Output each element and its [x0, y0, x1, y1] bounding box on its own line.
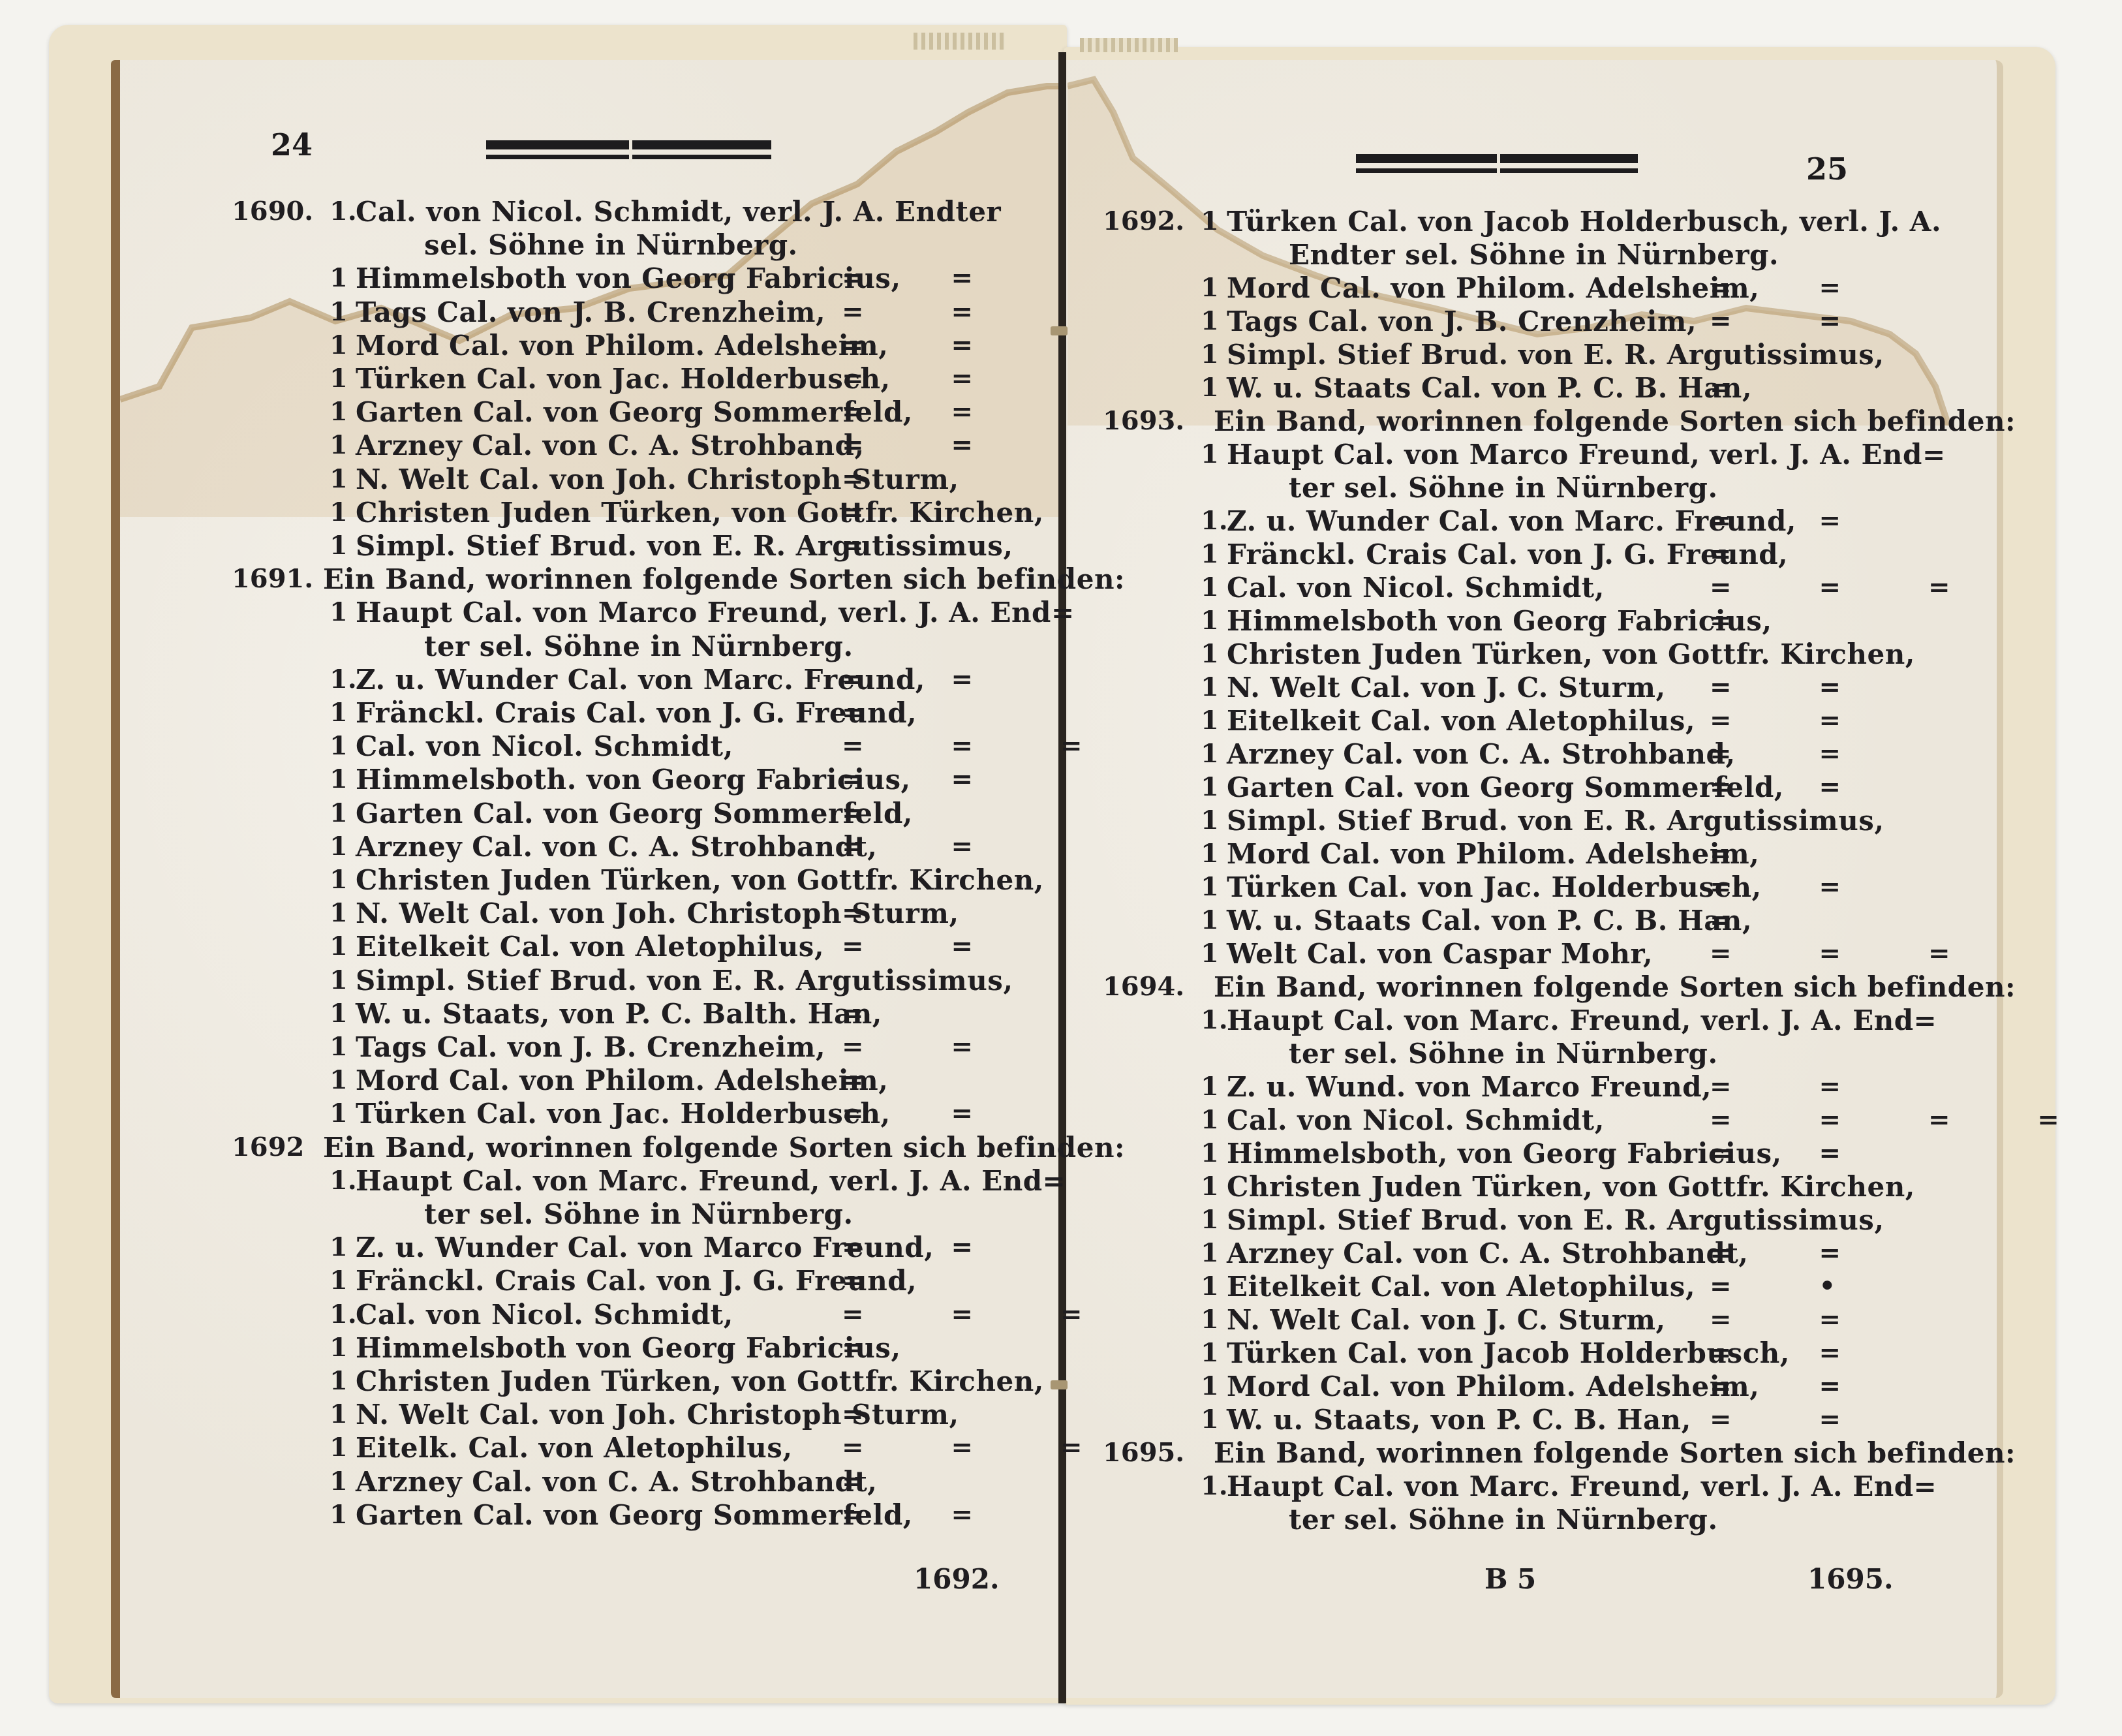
entry-quantity: 1	[1201, 1271, 1219, 1301]
entry-quantity: 1.	[330, 1165, 357, 1196]
entry-quantity: 1	[330, 965, 348, 995]
calendar-entry: W. u. Staats Cal. von P. C. B. Han,	[1227, 905, 1752, 937]
entry-quantity: 1	[330, 1098, 348, 1128]
entry-quantity: 1	[330, 463, 348, 494]
entry-quantity: 1	[330, 1499, 348, 1530]
calendar-entry: Himmelsboth von Georg Fabricius,	[1227, 605, 1772, 637]
calendar-entry: Fränckl. Crais Cal. von J. G. Freund,	[1227, 538, 1788, 570]
calendar-entry: Christen Juden Türken, von Gottfr. Kirch…	[1227, 638, 1915, 670]
entry-quantity: 1	[1201, 938, 1219, 969]
entry-quantity: 1	[330, 831, 348, 861]
calendar-entry: ter sel. Söhne in Nürnberg.	[424, 1198, 853, 1230]
calendar-entry: Türken Cal. von Jac. Holderbusch,	[1227, 871, 1762, 903]
calendar-entry: Arzney Cal. von C. A. Strohbandt,	[1227, 1237, 1748, 1269]
calendar-entry: W. u. Staats, von P. C. B. Han,	[1227, 1404, 1691, 1436]
volume-heading: Ein Band, worinnen folgende Sorten sich …	[323, 563, 1125, 595]
calendar-entry: ter sel. Söhne in Nürnberg.	[1289, 1038, 1718, 1070]
calendar-entry: Simpl. Stief Brud. von E. R. Argutissimu…	[1227, 805, 1884, 837]
calendar-entry: Himmelsboth, von Georg Fabricius,	[1227, 1138, 1782, 1170]
entry-quantity: 1	[330, 1031, 348, 1062]
entry-quantity: 1	[1201, 1204, 1219, 1235]
header-rule-right	[1356, 154, 1638, 178]
entry-quantity: 1.	[1201, 1004, 1228, 1035]
ditto-marks: = =	[1710, 1404, 1880, 1434]
entry-quantity: 1	[1201, 1171, 1219, 1201]
entry-quantity: 1.	[1201, 505, 1228, 536]
calendar-entry: Simpl. Stief Brud. von E. R. Argutissimu…	[356, 965, 1013, 997]
entry-quantity: 1	[330, 330, 348, 360]
ditto-marks: = =	[1710, 705, 1880, 736]
ditto-marks: =	[1710, 538, 1771, 569]
entry-quantity: 1	[1201, 206, 1219, 236]
ditto-marks: = =	[1710, 1304, 1880, 1335]
ditto-marks: = = =	[842, 1432, 1121, 1463]
entry-quantity: 1	[1201, 738, 1219, 769]
binding-thread-left	[914, 33, 1005, 50]
ditto-marks: = =	[842, 664, 1012, 694]
entry-quantity: 1	[330, 864, 348, 895]
ditto-marks: =	[1710, 605, 1771, 636]
calendar-entry: ter sel. Söhne in Nürnberg.	[1289, 472, 1718, 504]
calendar-entry: Mord Cal. von Philom. Adelsheim,	[1227, 1371, 1759, 1403]
entry-quantity: 1	[330, 798, 348, 828]
entry-quantity: 1	[330, 1432, 348, 1463]
ditto-marks: =	[842, 1064, 903, 1095]
entry-quantity: 1	[1201, 771, 1219, 802]
ditto-marks: = =	[1710, 1337, 1880, 1368]
calendar-entry: Tags Cal. von J. B. Crenzheim,	[356, 296, 825, 328]
calendar-entry: Christen Juden Türken, von Gottfr. Kirch…	[1227, 1171, 1915, 1203]
calendar-entry: Haupt Cal. von Marco Freund, verl. J. A.…	[1227, 439, 1946, 471]
calendar-entry: Christen Juden Türken, von Gottfr. Kirch…	[356, 1365, 1044, 1397]
entry-quantity: 1	[330, 730, 348, 761]
ditto-marks: = = =	[1710, 938, 1989, 969]
entry-quantity: 1	[1201, 905, 1219, 935]
entry-year: 1694.	[1103, 971, 1184, 1002]
entry-quantity: 1	[1201, 705, 1219, 736]
ditto-marks: =	[1710, 905, 1771, 935]
calendar-entry: Cal. von Nicol. Schmidt,	[356, 730, 733, 762]
entry-quantity: 1	[330, 764, 348, 794]
entry-year: 1691.	[232, 563, 313, 594]
ditto-marks: =	[842, 798, 903, 828]
entry-quantity: 1	[330, 998, 348, 1029]
entry-quantity: 1	[330, 262, 348, 293]
entry-quantity: 1	[330, 497, 348, 527]
ditto-marks: = =	[1710, 305, 1880, 336]
ditto-marks: = =	[842, 764, 1012, 794]
ditto-marks: = =	[1710, 1138, 1880, 1168]
entry-quantity: 1	[330, 530, 348, 561]
calendar-entry: ter sel. Söhne in Nürnberg.	[424, 630, 853, 662]
entry-quantity: 1	[1201, 1071, 1219, 1102]
entry-quantity: 1	[1201, 638, 1219, 669]
ditto-marks: = =	[842, 1098, 1012, 1128]
calendar-entry: Welt Cal. von Caspar Mohr,	[1227, 938, 1653, 970]
calendar-entry: Türken Cal. von Jac. Holderbusch,	[356, 363, 891, 395]
entry-year: 1692	[232, 1132, 304, 1162]
calendar-entry: Tags Cal. von J. B. Crenzheim,	[1227, 305, 1697, 337]
calendar-entry: Christen Juden Türken, von Gottfr. Kirch…	[356, 864, 1044, 896]
calendar-entry: Himmelsboth. von Georg Fabricius,	[356, 764, 911, 796]
calendar-entry: N. Welt Cal. von J. C. Sturm,	[1227, 672, 1666, 704]
entry-quantity: 1	[330, 697, 348, 728]
calendar-entry: Türken Cal. von Jacob Holderbusch,	[1227, 1337, 1790, 1369]
entry-quantity: 1	[1201, 1404, 1219, 1434]
entry-quantity: 1	[1201, 439, 1219, 469]
entry-quantity: 1	[330, 296, 348, 327]
entry-quantity: 1.	[330, 196, 357, 226]
entry-quantity: 1	[1201, 305, 1219, 336]
entry-quantity: 1	[330, 1064, 348, 1095]
ditto-marks: = = =	[1710, 572, 1989, 602]
calendar-entry: Z. u. Wunder Cal. von Marc. Freund,	[356, 664, 925, 696]
ditto-marks: = =	[1710, 1237, 1880, 1268]
calendar-entry: Mord Cal. von Philom. Adelsheim,	[1227, 838, 1759, 870]
entry-quantity: 1	[330, 396, 348, 427]
ditto-marks: =	[842, 530, 903, 561]
entry-quantity: 1	[330, 597, 348, 627]
ditto-marks: =	[842, 463, 903, 494]
calendar-entry: Haupt Cal. von Marc. Freund, verl. J. A.…	[1227, 1470, 1937, 1502]
catchword-left: 1692.	[914, 1563, 1000, 1595]
ditto-marks: =	[842, 697, 903, 728]
entry-quantity: 1	[1201, 672, 1219, 702]
entry-quantity: 1	[330, 1332, 348, 1363]
volume-heading: Ein Band, worinnen folgende Sorten sich …	[1214, 405, 2016, 437]
entry-quantity: 1	[1201, 538, 1219, 569]
entry-quantity: 1	[330, 363, 348, 394]
ditto-marks: = =	[1710, 738, 1880, 769]
ditto-marks: = =	[842, 330, 1012, 360]
calendar-entry: Tags Cal. von J. B. Crenzheim,	[356, 1031, 825, 1063]
ditto-marks: = =	[1710, 871, 1880, 902]
ditto-marks: =	[842, 998, 903, 1029]
calendar-entry: Eitelkeit Cal. von Aletophilus,	[1227, 1271, 1695, 1303]
entry-year: 1692.	[1103, 206, 1184, 236]
calendar-entry: Z. u. Wund. von Marco Freund,	[1227, 1071, 1712, 1103]
entry-quantity: 1	[1201, 1237, 1219, 1268]
ditto-marks: =	[1710, 838, 1771, 869]
calendar-entry: Garten Cal. von Georg Sommerfeld,	[1227, 771, 1784, 803]
calendar-entry: Arzney Cal. von C. A. Strohband,	[356, 429, 865, 461]
ditto-marks: = =	[842, 931, 1012, 961]
ditto-marks: = =	[842, 429, 1012, 460]
ditto-marks: = = = =	[1710, 1104, 2099, 1135]
stitch-top	[1051, 326, 1068, 335]
calendar-entry: Fränckl. Crais Cal. von J. G. Freund,	[356, 697, 917, 729]
signature-mark: B 5	[1484, 1563, 1536, 1595]
calendar-entry: Himmelsboth von Georg Fabricius,	[356, 262, 901, 294]
entry-quantity: 1	[1201, 272, 1219, 303]
calendar-entry: Cal. von Nicol. Schmidt,	[1227, 1104, 1605, 1136]
ditto-marks: = =	[842, 363, 1012, 394]
entry-quantity: 1.	[330, 664, 357, 694]
entry-quantity: 1	[330, 1466, 348, 1496]
page-number-right: 25	[1806, 151, 1848, 187]
entry-quantity: 1	[1201, 805, 1219, 835]
calendar-entry: ter sel. Söhne in Nürnberg.	[1289, 1504, 1718, 1536]
calendar-entry: N. Welt Cal. von J. C. Sturm,	[1227, 1304, 1666, 1336]
calendar-entry: Eitelkeit Cal. von Aletophilus,	[356, 931, 824, 963]
calendar-entry: Cal. von Nicol. Schmidt,	[1227, 572, 1605, 604]
ditto-marks: = =	[1710, 272, 1880, 303]
calendar-entry: Garten Cal. von Georg Sommerfeld,	[356, 798, 913, 829]
entry-quantity: 1	[1201, 1104, 1219, 1135]
entry-quantity: 1	[330, 1365, 348, 1396]
calendar-entry: Garten Cal. von Georg Sommerfeld,	[356, 1499, 913, 1531]
calendar-entry: Mord Cal. von Philom. Adelsheim,	[356, 330, 888, 362]
calendar-entry: Haupt Cal. von Marc. Freund, verl. J. A.…	[1227, 1004, 1937, 1036]
entry-quantity: 1	[1201, 1304, 1219, 1335]
entry-quantity: 1	[1201, 605, 1219, 636]
ditto-marks: =	[1710, 372, 1771, 403]
calendar-entry: Simpl. Stief Brud. von E. R. Argutissimu…	[1227, 339, 1884, 371]
entry-quantity: 1.	[1201, 1470, 1228, 1501]
ditto-marks: =	[842, 1399, 903, 1429]
entry-year: 1693.	[1103, 405, 1184, 436]
entry-quantity: 1	[330, 1265, 348, 1295]
calendar-entry: Simpl. Stief Brud. von E. R. Argutissimu…	[1227, 1204, 1884, 1236]
entry-year: 1690.	[232, 196, 313, 226]
entry-quantity: 1	[1201, 871, 1219, 902]
ditto-marks: = =	[1710, 672, 1880, 702]
calendar-entry: Simpl. Stief Brud. von E. R. Argutissimu…	[356, 530, 1013, 562]
stitch-bottom	[1051, 1380, 1068, 1389]
ditto-marks: =	[842, 1332, 903, 1363]
entry-quantity: 1	[1201, 1337, 1219, 1368]
calendar-entry: Cal. von Nicol. Schmidt,	[356, 1299, 733, 1331]
calendar-entry: W. u. Staats Cal. von P. C. B. Han,	[1227, 372, 1752, 404]
entry-quantity: 1	[330, 1399, 348, 1429]
calendar-entry: Eitelk. Cal. von Aletophilus,	[356, 1432, 793, 1464]
calendar-entry: Haupt Cal. von Marco Freund, verl. J. A.…	[356, 597, 1075, 628]
ditto-marks: = = =	[842, 730, 1121, 761]
page-number-left: 24	[271, 127, 313, 163]
calendar-entry: Endter sel. Söhne in Nürnberg.	[1289, 239, 1779, 271]
ditto-marks: = =	[842, 1499, 1012, 1530]
calendar-entry: W. u. Staats, von P. C. Balth. Han,	[356, 998, 882, 1030]
entry-quantity: 1	[330, 1232, 348, 1262]
binding-thread-right	[1080, 38, 1178, 52]
calendar-entry: sel. Söhne in Nürnberg.	[424, 229, 798, 261]
header-rule-left	[486, 140, 771, 164]
ditto-marks: = =	[842, 1031, 1012, 1062]
calendar-entry: Haupt Cal. von Marc. Freund, verl. J. A.…	[356, 1165, 1066, 1197]
entry-quantity: 1	[1201, 372, 1219, 403]
ditto-marks: =	[842, 1265, 903, 1295]
calendar-entry: Arzney Cal. von C. A. Strohband,	[1227, 738, 1736, 770]
ditto-marks: = =	[1710, 1371, 1880, 1401]
calendar-entry: Arzney Cal. von C. A. Strohbandt,	[356, 831, 877, 863]
ditto-marks: =	[842, 1466, 903, 1496]
calendar-entry: Mord Cal. von Philom. Adelsheim,	[1227, 272, 1759, 304]
ditto-marks: = =	[842, 831, 1012, 861]
ditto-marks: = =	[1710, 505, 1880, 536]
calendar-entry: Fränckl. Crais Cal. von J. G. Freund,	[356, 1265, 917, 1297]
entry-quantity: 1	[330, 897, 348, 928]
ditto-marks: = •	[1710, 1271, 1875, 1301]
ditto-marks: = =	[1710, 771, 1880, 802]
entry-quantity: 1	[330, 429, 348, 460]
ditto-marks: =	[842, 497, 903, 527]
calendar-entry: Eitelkeit Cal. von Aletophilus,	[1227, 705, 1695, 737]
entry-quantity: 1	[330, 931, 348, 961]
catchword-right: 1695.	[1807, 1563, 1894, 1595]
entry-quantity: 1	[1201, 572, 1219, 602]
calendar-entry: Himmelsboth von Georg Fabricius,	[356, 1332, 901, 1364]
ditto-marks: = =	[1710, 1071, 1880, 1102]
entry-quantity: 1	[1201, 1371, 1219, 1401]
calendar-entry: Arzney Cal. von C. A. Strohbandt,	[356, 1466, 877, 1498]
volume-heading: Ein Band, worinnen folgende Sorten sich …	[1214, 971, 2016, 1003]
calendar-entry: Christen Juden Türken, von Gottfr. Kirch…	[356, 497, 1044, 529]
entry-quantity: 1	[1201, 1138, 1219, 1168]
volume-heading: Ein Band, worinnen folgende Sorten sich …	[323, 1132, 1125, 1164]
ditto-marks: = = =	[842, 1299, 1121, 1329]
entry-quantity: 1	[1201, 838, 1219, 869]
ditto-marks: = =	[842, 262, 1012, 293]
calendar-entry: Türken Cal. von Jac. Holderbusch,	[356, 1098, 891, 1130]
calendar-entry: Cal. von Nicol. Schmidt, verl. J. A. End…	[356, 196, 1001, 228]
volume-heading: Ein Band, worinnen folgende Sorten sich …	[1214, 1437, 2016, 1469]
entry-year: 1695.	[1103, 1437, 1184, 1468]
ditto-marks: = =	[842, 396, 1012, 427]
entry-quantity: 1	[1201, 339, 1219, 369]
ditto-marks: = =	[842, 1232, 1012, 1262]
ditto-marks: =	[842, 897, 903, 928]
calendar-entry: Garten Cal. von Georg Sommerfeld,	[356, 396, 913, 428]
ditto-marks: = =	[842, 296, 1012, 327]
calendar-entry: Türken Cal. von Jacob Holderbusch, verl.…	[1227, 206, 1941, 238]
entry-quantity: 1.	[330, 1299, 357, 1329]
calendar-entry: Mord Cal. von Philom. Adelsheim,	[356, 1064, 888, 1096]
